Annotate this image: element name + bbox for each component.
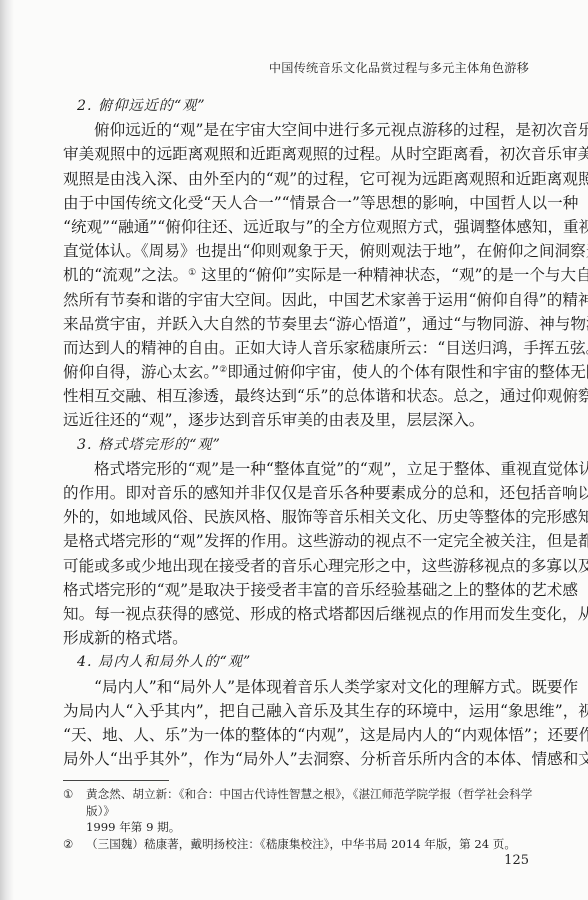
text-line: 性相互交融、相互渗透，最终达到“乐”的总体谐和状态。总之，通过仰观俯察， — [63, 384, 531, 408]
text-line: 而达到人的精神的自由。正如大诗人音乐家嵇康所云：“目送归鸿，手挥五弦。 — [63, 336, 531, 360]
text-line: 远近往还的“观”，逐步达到音乐审美的由表及里，层层深入。 — [63, 408, 531, 432]
footnotes: ① 黄念然、胡立新：《和合：中国古代诗性智慧之根》，《湛江师范学院学报（哲学社会… — [63, 786, 533, 852]
footnote-mark: ① — [63, 786, 86, 819]
text-span: 这里的“俯仰”实际是一种精神状态，“观”的是一个与大自 — [196, 266, 588, 284]
section-heading: 4. 局内人和局外人的“观” — [63, 650, 531, 674]
text-line: 审美观照中的远距离观照和近距离观照的过程。从时空距离看，初次音乐审美 — [63, 142, 531, 166]
section-heading: 2. 俯仰远近的“观” — [63, 94, 531, 118]
text-line: 俯仰自得，游心太玄。”②即通过俯仰宇宙，使人的个体有限性和宇宙的整体无限 — [63, 360, 531, 384]
text-line: 直觉体认。《周易》也提出“仰则观象于天，俯则观法于地”，在俯仰之间洞察天 — [63, 239, 531, 263]
page-edge-shadow — [0, 0, 14, 900]
text-line: 格式塔完形的“观”是一种“整体直觉”的“观”，立足于整体、重视直觉体认 — [63, 457, 531, 481]
text-line: “局内人”和“局外人”是体现着音乐人类学家对文化的理解方式。既要作 — [63, 675, 531, 699]
text-line: 机的“流观”之法。① 这里的“俯仰”实际是一种精神状态，“观”的是一个与大自 — [63, 263, 531, 287]
text-line: 可能或多或少地出现在接受者的音乐心理完形之中，这些游移视点的多寡以及 — [63, 554, 531, 578]
running-head: 中国传统音乐文化品赏过程与多元主体角色游移 — [269, 59, 529, 76]
footnote-ref-1[interactable]: ① — [188, 268, 196, 278]
section-heading: 3. 格式塔完形的“观” — [63, 433, 531, 457]
text-line: 知。每一视点获得的感觉、形成的格式塔都因后继视点的作用而发生变化，从而 — [63, 602, 531, 626]
text-line: 观照是由浅入深、由外至内的“观”的过程，它可视为远距离观照和近距离观照。 — [63, 167, 531, 191]
text-line: 形成新的格式塔。 — [63, 626, 531, 650]
text-span: 机的“流观”之法。 — [63, 266, 188, 284]
text-line: 局外人“出乎其外”，作为“局外人”去洞察、分析音乐所内含的本体、情感和文化 — [63, 747, 531, 771]
text-line: 然所有节奏和谐的宇宙大空间。因此，中国艺术家善于运用“俯仰自得”的精神 — [63, 288, 531, 312]
text-line: 由于中国传统文化受“天人合一”“情景合一”等思想的影响，中国哲人以一种 — [63, 191, 531, 215]
footnote-2: ② （三国魏）嵇康著，戴明扬校注：《嵇康集校注》，中华书局 2014 年版，第 … — [63, 836, 533, 853]
text-line: 格式塔完形的“观”是取决于接受者丰富的音乐经验基础之上的整体的艺术感 — [63, 578, 531, 602]
footnote-text-continued: 1999 年第 9 期。 — [63, 819, 533, 836]
body-text: 2. 俯仰远近的“观” 俯仰远近的“观”是在宇宙大空间中进行多元视点游移的过程，… — [63, 94, 531, 771]
text-line: 的作用。即对音乐的感知并非仅仅是音乐各种要素成分的总和，还包括音响以 — [63, 481, 531, 505]
footnote-mark: ② — [63, 836, 86, 853]
footnote-ref-2[interactable]: ② — [219, 365, 227, 375]
text-line: 是格式塔完形的“观”发挥的作用。这些游动的视点不一定完全被关注，但是都 — [63, 529, 531, 553]
page-number: 125 — [504, 853, 529, 868]
text-line: “天、地、人、乐”为一体的整体的“内观”，这是局内人的“内观体悟”；还要作为 — [63, 723, 531, 747]
text-line: “统观”“融通”“俯仰往还、远近取与”的全方位观照方式，强调整体感知，重视 — [63, 215, 531, 239]
text-line: 来品赏宇宙，并跃入大自然的节奏里去“游心悟道”，通过“与物同游、神与物游” — [63, 312, 531, 336]
footnote-text: （三国魏）嵇康著，戴明扬校注：《嵇康集校注》，中华书局 2014 年版，第 24… — [86, 836, 533, 853]
footnote-divider — [63, 780, 169, 781]
text-span: 即通过俯仰宇宙，使人的个体有限性和宇宙的整体无限 — [227, 363, 588, 381]
text-span: 俯仰自得，游心太玄。” — [63, 363, 219, 381]
footnote-text: 黄念然、胡立新：《和合：中国古代诗性智慧之根》，《湛江师范学院学报（哲学社会科学… — [86, 786, 533, 819]
text-line: 外的，如地域风俗、民族风格、服饰等音乐相关文化、历史等整体的完形感知，这 — [63, 505, 531, 529]
footnote-1: ① 黄念然、胡立新：《和合：中国古代诗性智慧之根》，《湛江师范学院学报（哲学社会… — [63, 786, 533, 819]
text-line: 为局内人“入乎其内”，把自己融入音乐及其生存的环境中，运用“象思维”，视 — [63, 699, 531, 723]
text-line: 俯仰远近的“观”是在宇宙大空间中进行多元视点游移的过程，是初次音乐 — [63, 118, 531, 142]
